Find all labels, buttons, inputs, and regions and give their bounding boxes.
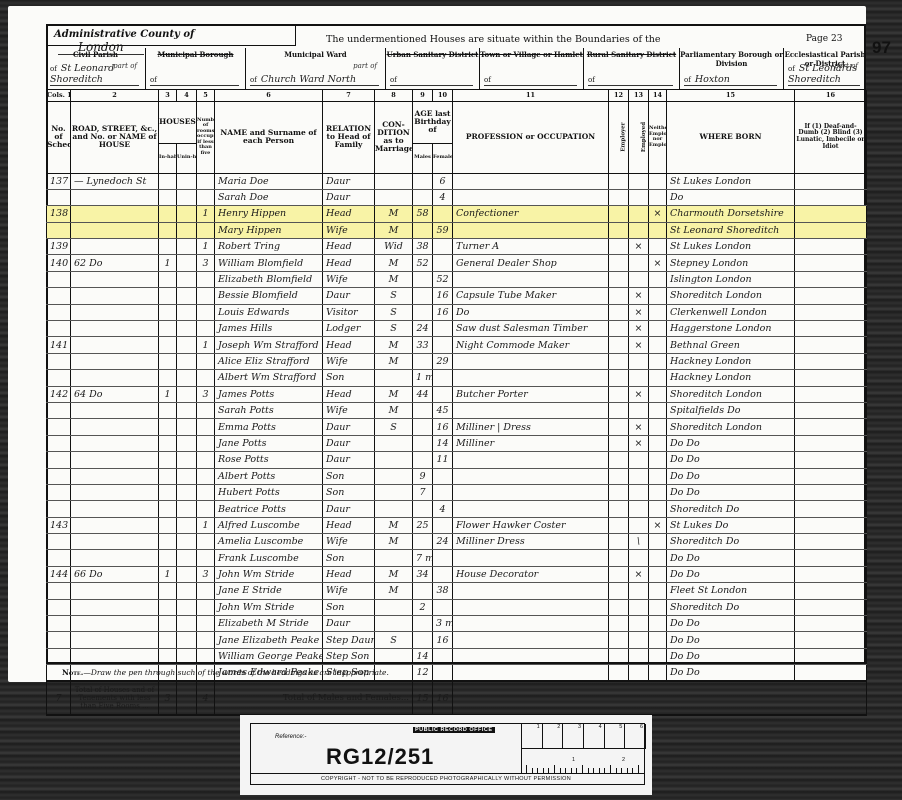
uninhabited-cell	[177, 648, 197, 664]
employed-cell	[629, 173, 649, 189]
occupation-cell	[453, 484, 609, 500]
neither-cell	[649, 468, 667, 484]
schedule-cell	[47, 648, 71, 664]
rooms-cell	[197, 353, 215, 369]
heading-employed: Employed	[629, 101, 649, 173]
employed-cell	[629, 665, 649, 681]
road-cell: 62 Do	[71, 255, 159, 271]
female-age-cell: 38	[433, 583, 453, 599]
road-cell	[71, 370, 159, 386]
female-age-cell: 6	[433, 173, 453, 189]
employer-cell	[609, 419, 629, 435]
neither-cell	[649, 616, 667, 632]
male-age-cell	[413, 271, 433, 287]
road-cell	[71, 435, 159, 451]
inhabited-cell	[159, 288, 177, 304]
neither-cell: ×	[649, 206, 667, 222]
area-field: Municipal Boroughof	[146, 48, 246, 90]
relation-cell: Daur	[323, 616, 375, 632]
employed-cell: ×	[629, 321, 649, 337]
name-cell: Louis Edwards	[215, 304, 323, 320]
area-label: Parliamentary Borough or Division	[680, 48, 783, 68]
female-age-cell	[433, 321, 453, 337]
inhabited-cell	[159, 419, 177, 435]
uninhabited-cell	[177, 353, 197, 369]
neither-cell	[649, 402, 667, 418]
employed-cell: ×	[629, 239, 649, 255]
neither-cell	[649, 435, 667, 451]
total-schedules: 7	[47, 681, 71, 715]
area-field: Municipal Wardpart ofofChurch Ward North	[246, 48, 386, 90]
occupation-cell: Confectioner	[453, 206, 609, 222]
condition-cell	[375, 550, 413, 566]
infirmity-cell	[795, 648, 867, 664]
name-cell: Rose Potts	[215, 452, 323, 468]
heading-condition: CON-DITION as to Marriage	[375, 101, 413, 173]
reference-label: Reference:-	[275, 734, 306, 740]
rooms-cell: 3	[197, 566, 215, 582]
condition-cell	[375, 648, 413, 664]
male-age-cell	[413, 452, 433, 468]
table-row: Beatrice PottsDaur4Shoreditch Do	[47, 501, 867, 517]
occupation-cell: Milliner Dress	[453, 534, 609, 550]
employed-cell	[629, 452, 649, 468]
employer-cell	[609, 484, 629, 500]
employed-cell	[629, 402, 649, 418]
schedule-cell	[47, 288, 71, 304]
birthplace-cell: Do Do	[667, 566, 795, 582]
birthplace-cell: Bethnal Green	[667, 337, 795, 353]
name-cell: Robert Tring	[215, 239, 323, 255]
birthplace-cell: Islington London	[667, 271, 795, 287]
female-age-cell	[433, 239, 453, 255]
employer-cell	[609, 599, 629, 615]
ruler-tick	[526, 765, 527, 773]
uninhabited-cell	[177, 484, 197, 500]
employer-cell	[609, 337, 629, 353]
female-age-cell: 16	[433, 632, 453, 648]
birthplace-cell: Do Do	[667, 484, 795, 500]
total-females: 16	[433, 681, 453, 715]
table-row: Emma PottsDaurS16Milliner | Dress×Shored…	[47, 419, 867, 435]
table-row: Jane Elizabeth PeakeStep DaurS16Do Do	[47, 632, 867, 648]
schedule-cell	[47, 583, 71, 599]
birthplace-cell: Charmouth Dorsetshire	[667, 206, 795, 222]
infirmity-cell	[795, 419, 867, 435]
table-row: Amelia LuscombeWifeM24Milliner Dress\Sho…	[47, 534, 867, 550]
birthplace-cell: Do Do	[667, 468, 795, 484]
heading-males: Males	[413, 143, 433, 173]
inhabited-cell: 1	[159, 255, 177, 271]
occupation-cell	[453, 353, 609, 369]
condition-cell: M	[375, 402, 413, 418]
male-age-cell	[413, 222, 433, 238]
road-cell	[71, 353, 159, 369]
male-age-cell: 33	[413, 337, 433, 353]
inhabited-cell	[159, 468, 177, 484]
employer-cell	[609, 583, 629, 599]
infirmity-cell	[795, 452, 867, 468]
column-number: 8	[375, 90, 413, 101]
rooms-cell: 3	[197, 386, 215, 402]
birthplace-cell: Do	[667, 189, 795, 205]
female-age-cell: 3 mo	[433, 616, 453, 632]
ruler-inch-mark: 2	[622, 757, 625, 763]
area-field: Rural Sanitary Districtof	[584, 48, 680, 90]
female-age-cell	[433, 484, 453, 500]
uninhabited-cell	[177, 616, 197, 632]
birthplace-cell: Haggerstone London	[667, 321, 795, 337]
area-label: Urban Sanitary District	[386, 48, 479, 59]
relation-cell: Wife	[323, 534, 375, 550]
rooms-cell: 1	[197, 239, 215, 255]
infirmity-cell	[795, 550, 867, 566]
schedule-cell	[47, 632, 71, 648]
male-age-cell: 25	[413, 517, 433, 533]
name-cell: Emma Potts	[215, 419, 323, 435]
male-age-cell: 12	[413, 665, 433, 681]
inhabited-cell: 1	[159, 566, 177, 582]
occupation-cell	[453, 632, 609, 648]
rooms-cell: 1	[197, 337, 215, 353]
table-row: 137— Lynedoch StMaria DoeDaur6St Lukes L…	[47, 173, 867, 189]
rooms-cell	[197, 468, 215, 484]
employed-cell: ×	[629, 337, 649, 353]
column-number: Cols. 1	[47, 90, 71, 101]
relation-cell: Wife	[323, 402, 375, 418]
neither-cell	[649, 550, 667, 566]
employer-cell	[609, 321, 629, 337]
rooms-cell	[197, 550, 215, 566]
female-age-cell	[433, 566, 453, 582]
female-age-cell	[433, 206, 453, 222]
column-number: 2	[71, 90, 159, 101]
column-number: 13	[629, 90, 649, 101]
female-age-cell: 24	[433, 534, 453, 550]
condition-cell	[375, 189, 413, 205]
female-age-cell	[433, 550, 453, 566]
name-cell: Jane Potts	[215, 435, 323, 451]
female-age-cell: 4	[433, 501, 453, 517]
birthplace-cell: Shoreditch London	[667, 386, 795, 402]
occupation-cell	[453, 189, 609, 205]
schedule-cell	[47, 484, 71, 500]
employer-cell	[609, 304, 629, 320]
birthplace-cell: Hackney London	[667, 353, 795, 369]
schedule-cell	[47, 435, 71, 451]
name-cell: Albert Potts	[215, 468, 323, 484]
heading-inhabited: In-habit-ed	[159, 143, 177, 173]
table-row: Louis EdwardsVisitorS16Do×Clerkenwell Lo…	[47, 304, 867, 320]
infirmity-cell	[795, 632, 867, 648]
neither-cell	[649, 648, 667, 664]
neither-cell	[649, 353, 667, 369]
ruler-tick	[554, 765, 555, 773]
table-row: Frank LuscombeSon7 moDo Do	[47, 550, 867, 566]
employer-cell	[609, 566, 629, 582]
area-value: of	[484, 74, 577, 86]
occupation-cell: House Decorator	[453, 566, 609, 582]
female-age-cell	[433, 337, 453, 353]
occupation-cell: Turner A	[453, 239, 609, 255]
male-age-cell	[413, 353, 433, 369]
employed-cell	[629, 206, 649, 222]
employed-cell	[629, 501, 649, 517]
female-age-cell	[433, 517, 453, 533]
condition-cell: M	[375, 337, 413, 353]
area-value: ofHoxton	[684, 74, 777, 86]
column-number: 5	[197, 90, 215, 101]
inhabited-cell	[159, 189, 177, 205]
area-value: ofSt Leonard Shoreditch	[50, 63, 139, 86]
road-cell	[71, 402, 159, 418]
relation-cell: Head	[323, 386, 375, 402]
birthplace-cell: Clerkenwell London	[667, 304, 795, 320]
column-number: 6	[215, 90, 323, 101]
employer-cell	[609, 288, 629, 304]
uninhabited-cell	[177, 402, 197, 418]
schedule-cell	[47, 189, 71, 205]
heading-employer: Employer	[609, 101, 629, 173]
employer-cell	[609, 517, 629, 533]
birthplace-cell: St Lukes Do	[667, 517, 795, 533]
occupation-cell	[453, 370, 609, 386]
male-age-cell	[413, 435, 433, 451]
male-age-cell	[413, 189, 433, 205]
rooms-cell	[197, 632, 215, 648]
schedule-cell: 137	[47, 173, 71, 189]
birthplace-cell: Stepney London	[667, 255, 795, 271]
ruler-cm-mark: 2	[543, 724, 564, 748]
uninhabited-cell	[177, 255, 197, 271]
relation-cell: Wife	[323, 583, 375, 599]
rooms-cell	[197, 419, 215, 435]
infirmity-cell	[795, 173, 867, 189]
uninhabited-cell	[177, 566, 197, 582]
ruler-tick	[638, 765, 639, 773]
employer-cell	[609, 665, 629, 681]
infirmity-cell	[795, 304, 867, 320]
footer-note: Note.—Draw the pen through such of the w…	[62, 668, 389, 677]
employer-cell	[609, 632, 629, 648]
female-age-cell: 16	[433, 419, 453, 435]
inhabited-cell	[159, 173, 177, 189]
uninhabited-cell	[177, 550, 197, 566]
employed-cell: ×	[629, 386, 649, 402]
condition-cell: Wid	[375, 239, 413, 255]
male-age-cell	[413, 304, 433, 320]
scale-ruler: 123456 12	[521, 724, 646, 773]
occupation-cell	[453, 468, 609, 484]
uninhabited-cell	[177, 386, 197, 402]
inhabited-cell: 1	[159, 386, 177, 402]
birthplace-cell: Do Do	[667, 665, 795, 681]
male-age-cell	[413, 616, 433, 632]
female-age-cell	[433, 599, 453, 615]
schedule-cell: 144	[47, 566, 71, 582]
infirmity-cell	[795, 222, 867, 238]
birthplace-cell: Shoreditch London	[667, 419, 795, 435]
relation-cell: Wife	[323, 353, 375, 369]
neither-cell	[649, 386, 667, 402]
rooms-cell	[197, 321, 215, 337]
female-age-cell: 11	[433, 452, 453, 468]
employed-cell	[629, 599, 649, 615]
name-cell: Alice Eliz Strafford	[215, 353, 323, 369]
condition-cell	[375, 484, 413, 500]
record-office-label: PUBLIC RECORD OFFICE	[413, 727, 495, 733]
uninhabited-cell	[177, 501, 197, 517]
column-number: 16	[795, 90, 867, 101]
table-row: Alice Eliz StraffordWifeM29Hackney Londo…	[47, 353, 867, 369]
inhabited-cell	[159, 206, 177, 222]
uninhabited-cell	[177, 468, 197, 484]
neither-cell	[649, 304, 667, 320]
inhabited-cell	[159, 534, 177, 550]
uninhabited-cell	[177, 173, 197, 189]
male-age-cell	[413, 402, 433, 418]
name-cell: Hubert Potts	[215, 484, 323, 500]
table-row: Mary HippenWifeM59St Leonard Shoreditch	[47, 222, 867, 238]
male-age-cell	[413, 173, 433, 189]
area-note: part of	[353, 62, 377, 70]
uninhabited-cell	[177, 370, 197, 386]
area-label: Rural Sanitary District	[584, 48, 679, 59]
table-header: Cols. 12345678910111213141516 No. of Sch…	[47, 90, 867, 173]
road-cell	[71, 452, 159, 468]
employer-cell	[609, 501, 629, 517]
area-value: of	[390, 74, 473, 86]
inhabited-cell	[159, 632, 177, 648]
folio-number: 97	[872, 38, 891, 58]
employer-cell	[609, 402, 629, 418]
uninhabited-cell	[177, 239, 197, 255]
infirmity-cell	[795, 402, 867, 418]
inhabited-cell	[159, 616, 177, 632]
birthplace-cell: Shoreditch London	[667, 288, 795, 304]
occupation-cell: Saw dust Salesman Timber	[453, 321, 609, 337]
column-number: 14	[649, 90, 667, 101]
uninhabited-cell	[177, 206, 197, 222]
condition-cell: S	[375, 321, 413, 337]
road-cell	[71, 468, 159, 484]
uninhabited-cell	[177, 288, 197, 304]
name-cell: Frank Luscombe	[215, 550, 323, 566]
column-number: 11	[453, 90, 609, 101]
column-number: 15	[667, 90, 795, 101]
ruler-cm-mark: 6	[625, 724, 646, 748]
uninhabited-cell	[177, 271, 197, 287]
relation-cell: Wife	[323, 271, 375, 287]
relation-cell: Head	[323, 206, 375, 222]
inhabited-cell	[159, 452, 177, 468]
male-age-cell	[413, 419, 433, 435]
rooms-cell	[197, 501, 215, 517]
table-body: 137— Lynedoch StMaria DoeDaur6St Lukes L…	[47, 173, 867, 681]
neither-cell	[649, 337, 667, 353]
table-row: Elizabeth M StrideDaur3 moDo Do	[47, 616, 867, 632]
rooms-cell	[197, 189, 215, 205]
road-cell	[71, 599, 159, 615]
birthplace-cell: Spitalfields Do	[667, 402, 795, 418]
heading-occupation: PROFESSION or OCCUPATION	[453, 101, 609, 173]
relation-cell: Head	[323, 566, 375, 582]
relation-cell: Daur	[323, 288, 375, 304]
rooms-cell	[197, 402, 215, 418]
name-cell: William Blomfield	[215, 255, 323, 271]
occupation-cell	[453, 648, 609, 664]
area-field: Civil Parishpart ofofSt Leonard Shoredit…	[46, 48, 146, 90]
male-age-cell: 7	[413, 484, 433, 500]
relation-cell: Son	[323, 550, 375, 566]
name-cell: Alfred Luscombe	[215, 517, 323, 533]
table-row: 14062 Do13William BlomfieldHeadM52Genera…	[47, 255, 867, 271]
name-cell: Albert Wm Strafford	[215, 370, 323, 386]
total-uninhabited	[177, 681, 197, 715]
inhabited-cell	[159, 583, 177, 599]
schedule-cell: 142	[47, 386, 71, 402]
ruler-tick	[610, 765, 611, 773]
name-cell: Elizabeth M Stride	[215, 616, 323, 632]
table-row: Sarah PottsWifeM45Spitalfields Do	[47, 402, 867, 418]
inhabited-cell	[159, 402, 177, 418]
employed-cell	[629, 255, 649, 271]
birthplace-cell: Shoreditch Do	[667, 501, 795, 517]
area-fields: Civil Parishpart ofofSt Leonard Shoredit…	[46, 48, 866, 90]
male-age-cell: 58	[413, 206, 433, 222]
male-age-cell: 1 mo	[413, 370, 433, 386]
neither-cell	[649, 239, 667, 255]
uninhabited-cell	[177, 534, 197, 550]
birthplace-cell: Do Do	[667, 452, 795, 468]
heading-houses: HOUSES	[159, 101, 197, 143]
female-age-cell	[433, 370, 453, 386]
relation-cell: Head	[323, 517, 375, 533]
occupation-cell	[453, 271, 609, 287]
male-age-cell: 24	[413, 321, 433, 337]
employed-cell: ×	[629, 435, 649, 451]
reference-frame: Reference:- PUBLIC RECORD OFFICE RG12/25…	[250, 723, 645, 785]
birthplace-cell: Fleet St London	[667, 583, 795, 599]
name-cell: Bessie Blomfield	[215, 288, 323, 304]
infirmity-cell	[795, 517, 867, 533]
rooms-cell	[197, 288, 215, 304]
road-cell	[71, 484, 159, 500]
heading-neither: Neither Employer nor Employed	[649, 101, 667, 173]
male-age-cell: 44	[413, 386, 433, 402]
page-label: Page 23	[806, 34, 842, 44]
female-age-cell: 14	[433, 435, 453, 451]
condition-cell	[375, 452, 413, 468]
table-row: William George PeakeStep Son14Do Do	[47, 648, 867, 664]
rooms-cell	[197, 271, 215, 287]
rooms-cell: 1	[197, 206, 215, 222]
male-age-cell	[413, 288, 433, 304]
rooms-cell: 3	[197, 255, 215, 271]
table-row: Sarah DoeDaur4Do	[47, 189, 867, 205]
totals: 7 Total of Houses and of Tenements with …	[47, 681, 867, 715]
neither-cell	[649, 632, 667, 648]
name-cell: James Potts	[215, 386, 323, 402]
employed-cell	[629, 616, 649, 632]
heading-rooms: Number of rooms occupied if less than fi…	[197, 101, 215, 173]
infirmity-cell	[795, 435, 867, 451]
inhabited-cell	[159, 550, 177, 566]
condition-cell	[375, 468, 413, 484]
condition-cell: M	[375, 206, 413, 222]
condition-cell: M	[375, 583, 413, 599]
road-cell	[71, 189, 159, 205]
